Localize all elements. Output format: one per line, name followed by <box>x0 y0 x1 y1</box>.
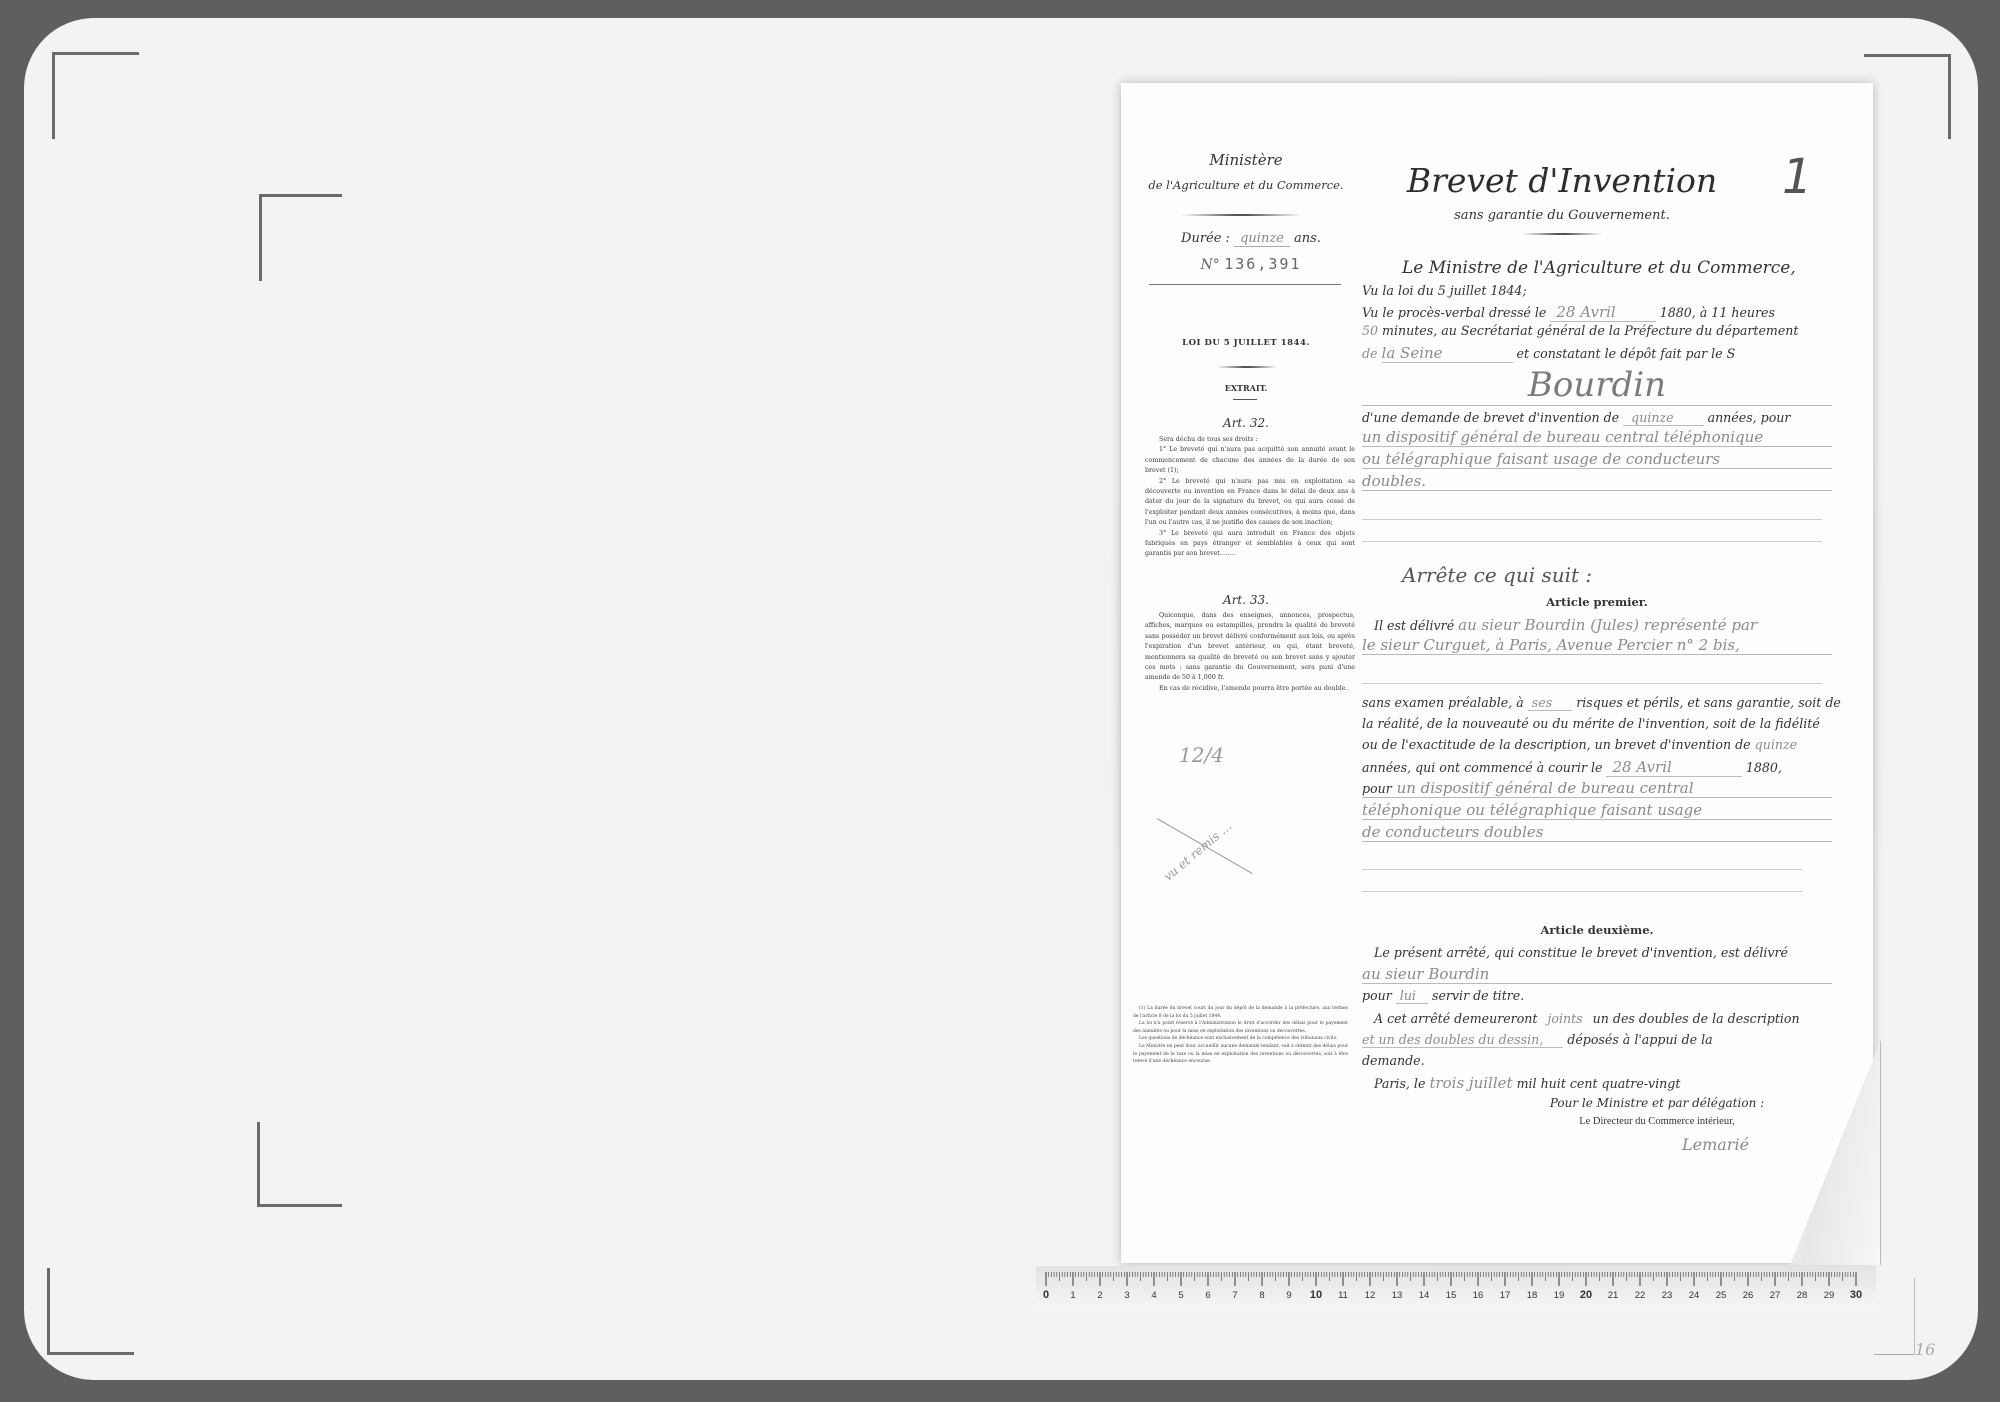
departement-value: la Seine <box>1382 344 1513 363</box>
svg-text:3: 3 <box>1124 1290 1129 1300</box>
svg-text:9: 9 <box>1286 1290 1291 1300</box>
margin-handwritten-note: vu et remis … <box>1161 819 1234 884</box>
representative-line: le sieur Curguet, à Paris, Avenue Percie… <box>1362 636 1832 655</box>
svg-text:24: 24 <box>1689 1290 1700 1300</box>
art32-title: Art. 32. <box>1133 416 1359 430</box>
svg-text:18: 18 <box>1527 1290 1538 1300</box>
duree-field: Durée : quinze ans. <box>1161 231 1341 246</box>
svg-text:27: 27 <box>1770 1290 1781 1300</box>
vu-loi: Vu la loi du 5 juillet 1844; <box>1362 283 1832 298</box>
pv-minutes-line: 50 minutes, au Secrétariat général de la… <box>1362 323 1832 338</box>
svg-text:15: 15 <box>1446 1290 1457 1300</box>
patent-number: N° 136,391 <box>1161 255 1341 273</box>
svg-text:11: 11 <box>1338 1290 1348 1300</box>
exactitude-line: ou de l'exactitude de la description, un… <box>1362 737 1832 752</box>
ministry-title: Ministère <box>1141 151 1351 169</box>
svg-text:30: 30 <box>1850 1289 1862 1300</box>
inner-mark-top-left <box>259 194 342 281</box>
duree-unit: ans. <box>1294 231 1321 246</box>
arrete-heading: Arrête ce qui suit : <box>1402 563 1592 587</box>
blank-line <box>1362 541 1822 542</box>
svg-text:0: 0 <box>1043 1289 1049 1300</box>
vu-proces-verbal: Vu le procès-verbal dressé le 28 Avril 1… <box>1362 303 1832 321</box>
duree-label: Durée : <box>1181 231 1230 246</box>
svg-text:12: 12 <box>1365 1290 1376 1300</box>
ornament-divider <box>1217 366 1277 368</box>
art33-text: Quiconque, dans des enseignes, annonces,… <box>1145 611 1355 694</box>
svg-text:16: 16 <box>1473 1290 1484 1300</box>
svg-text:1: 1 <box>1070 1290 1075 1300</box>
divider <box>1233 399 1257 400</box>
svg-text:14: 14 <box>1419 1290 1430 1300</box>
svg-text:5: 5 <box>1178 1290 1183 1300</box>
svg-text:7: 7 <box>1232 1290 1237 1300</box>
ornament-divider <box>1181 214 1301 216</box>
applicant-name: Bourdin <box>1362 365 1832 406</box>
svg-text:26: 26 <box>1743 1290 1754 1300</box>
sans-examen-line: sans examen préalable, à ses risques et … <box>1362 695 1832 710</box>
art32-text: Sera déchu de tous ses droits : 1° Le br… <box>1145 435 1355 560</box>
svg-text:19: 19 <box>1554 1290 1565 1300</box>
paris-date-line: Paris, le trois juillet mil huit cent qu… <box>1374 1074 1844 1092</box>
patent-document: Ministère de l'Agriculture et du Commerc… <box>1121 83 1873 1263</box>
svg-text:21: 21 <box>1608 1290 1619 1300</box>
delivre-to: au sieur Bourdin (Jules) représenté par <box>1458 616 1757 634</box>
svg-text:17: 17 <box>1500 1290 1511 1300</box>
svg-text:13: 13 <box>1392 1290 1403 1300</box>
corner-mark-top-left <box>52 52 139 139</box>
blank-line <box>1362 891 1802 892</box>
invention-line-2: ou télégraphique faisant usage de conduc… <box>1362 450 1832 469</box>
ruler-scale: 0123456789101112131415161718192021222324… <box>1042 1272 1868 1300</box>
pv-date: 28 Avril <box>1550 303 1655 322</box>
article-premier-title: Article premier. <box>1362 595 1832 609</box>
ministry-subtitle: de l'Agriculture et du Commerce. <box>1133 178 1359 192</box>
directeur-title: Le Directeur du Commerce intérieur, <box>1422 1116 1892 1127</box>
annees-line: années, qui ont commencé à courir le 28 … <box>1362 758 1832 776</box>
departement-line: de la Seine et constatant le dépôt fait … <box>1362 344 1832 362</box>
svg-text:29: 29 <box>1824 1290 1835 1300</box>
realite-line: la réalité, de la nouveauté ou du mérite… <box>1362 716 1832 731</box>
blank-line <box>1362 519 1822 520</box>
duree-value: quinze <box>1234 231 1290 247</box>
page-number: 1 <box>1782 149 1813 205</box>
svg-text:2: 2 <box>1097 1290 1102 1300</box>
demande-line: d'une demande de brevet d'invention de q… <box>1362 410 1832 425</box>
svg-text:22: 22 <box>1635 1290 1646 1300</box>
law-title: LOI DU 5 JUILLET 1844. <box>1133 338 1359 348</box>
demande-end: demande. <box>1362 1053 1832 1068</box>
corner-mark-bottom-left <box>47 1268 134 1355</box>
divider <box>1149 284 1341 285</box>
folio-number: 16 <box>1915 1340 1935 1359</box>
present-arrete-line: Le présent arrêté, qui constitue le brev… <box>1374 945 1844 960</box>
blank-line <box>1362 683 1822 684</box>
numero-label: N° <box>1201 257 1220 273</box>
extrait-heading: EXTRAIT. <box>1133 383 1359 393</box>
document-title: Brevet d'Invention <box>1362 161 1762 200</box>
svg-text:10: 10 <box>1310 1289 1322 1300</box>
measurement-ruler: 0123456789101112131415161718192021222324… <box>1036 1266 1876 1306</box>
margin-handwritten-number: 12/4 <box>1179 743 1224 767</box>
pour-line-2: téléphonique ou télégraphique faisant us… <box>1362 801 1832 820</box>
dessin-line: et un des doubles du dessin, déposés à l… <box>1362 1032 1832 1047</box>
svg-text:23: 23 <box>1662 1290 1673 1300</box>
numero-value: 136,391 <box>1224 255 1301 273</box>
blank-line <box>1362 869 1802 870</box>
document-subtitle: sans garantie du Gouvernement. <box>1362 208 1762 223</box>
art33-title: Art. 33. <box>1133 593 1359 607</box>
svg-text:4: 4 <box>1151 1290 1156 1300</box>
svg-text:6: 6 <box>1205 1290 1210 1300</box>
joint-line: A cet arrêté demeureront joints un des d… <box>1374 1011 1844 1026</box>
svg-text:25: 25 <box>1716 1290 1727 1300</box>
article-deuxieme-title: Article deuxième. <box>1362 923 1832 937</box>
pencil-bracket-mark <box>1874 1278 1915 1355</box>
ornament-divider <box>1522 233 1602 235</box>
pour-ministre: Pour le Ministre et par délégation : <box>1422 1096 1892 1110</box>
signature: Lemarié <box>1682 1135 1749 1154</box>
invention-line-1: un dispositif général de bureau central … <box>1362 428 1832 447</box>
pour-line-3: de conducteurs doubles <box>1362 823 1832 842</box>
pour-titre-line: pour lui servir de titre. <box>1362 988 1832 1003</box>
svg-text:20: 20 <box>1580 1289 1592 1300</box>
pour-line-1: pour un dispositif général de bureau cen… <box>1362 779 1832 798</box>
invention-line-3: doubles. <box>1362 472 1832 491</box>
footnotes: (1) La durée du brevet court du jour du … <box>1133 1005 1348 1066</box>
svg-text:28: 28 <box>1797 1290 1808 1300</box>
delivre-2-line: au sieur Bourdin <box>1362 965 1832 984</box>
minister-line: Le Ministre de l'Agriculture et du Comme… <box>1402 258 1872 278</box>
demande-duree: quinze <box>1623 410 1703 426</box>
delivre-line: Il est délivré au sieur Bourdin (Jules) … <box>1374 616 1844 634</box>
inner-mark-bottom-left <box>257 1122 342 1207</box>
svg-text:8: 8 <box>1259 1290 1264 1300</box>
